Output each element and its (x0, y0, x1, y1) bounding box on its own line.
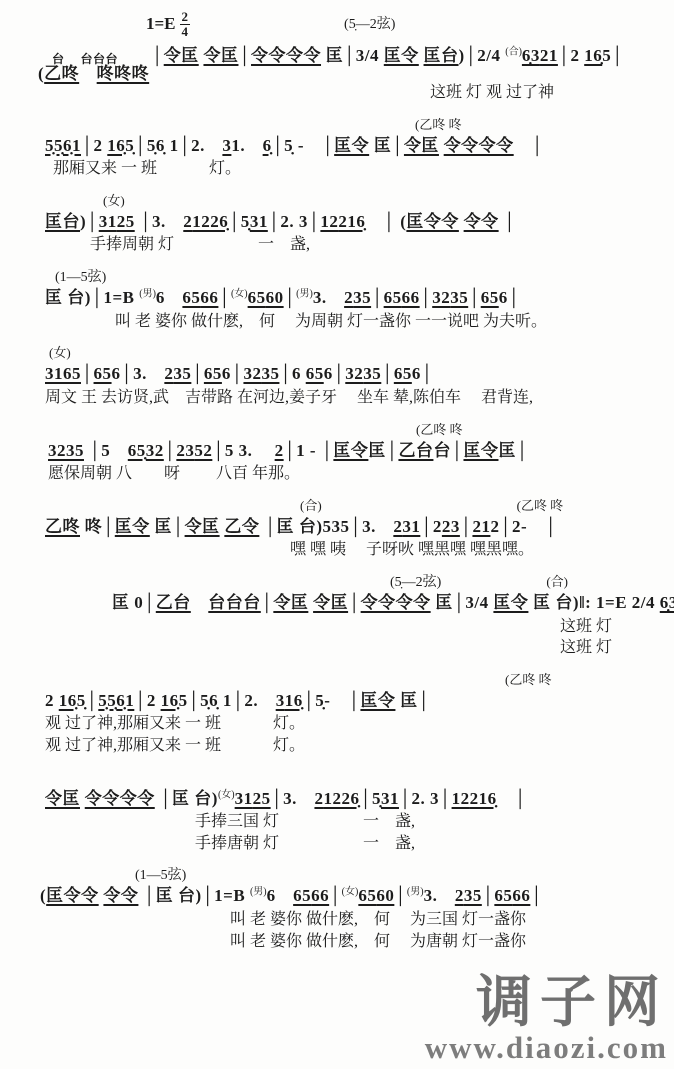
notation-line: 匡台)│3125 │3. 21226̣│5̣31│2. 3│12216̣ │ (… (45, 210, 674, 235)
lyrics-line: 叫 老 婆你 做什麽, 何 为唐朝 灯一盏你 (230, 931, 674, 953)
notation-line: 匡 0│乙台 台台台│令匡 令匡│令令令令 匡│3/4 匡令 匡 台)‖: 1=… (112, 591, 674, 616)
annotation-row: (1—5弦) (40, 868, 674, 884)
annotation-row: (乙咚 咚 (48, 423, 674, 439)
system-7: (合)(乙咚 咚 乙咚 咚│匡令 匡│令匡 乙令 │匡 台)535│3. 231… (45, 499, 674, 561)
lyrics-line: 这班 灯 (560, 616, 674, 638)
lyrics-line: 这班 灯 (560, 637, 674, 659)
notation-line: 3165│656│3. 235│656│3235│6 656│3235│656│ (45, 362, 674, 387)
key-signature: 1=E (146, 14, 176, 34)
time-signature-top: 2 (180, 10, 191, 25)
annotation-row: (女) (45, 346, 674, 362)
lyrics-line: 手捧周朝 灯 一 盏, (90, 234, 674, 256)
annotation-row: (合)(乙咚 咚 (45, 499, 674, 515)
system-10: 令匡 令令令令 │匡 台)(女)3125│3. 21226̣│5̣31│2. 3… (45, 771, 674, 855)
time-signature-bottom: 4 (180, 25, 191, 39)
time-signature: 24 (180, 10, 191, 38)
system-9: (乙咚 咚 2 16̣5̣│5̣5̣6̣1│2 16̣5│5̣6̣ 1│2. 3… (45, 673, 674, 757)
voice-annotation: (女) (103, 194, 125, 207)
notation-line: 匡 台)│1=B (男)6 6566│(女)6560│(男)3. 235│656… (45, 286, 674, 311)
annotation-row: (乙咚 咚 (45, 118, 674, 134)
ensemble-annotation: (合) (300, 499, 322, 512)
percussion-bottom-voice: (乙咚 咚咚咚 (38, 65, 149, 82)
tuning-annotation: (1—5弦) (135, 869, 186, 883)
ensemble-annotation: (合) (546, 575, 568, 588)
percussion-annotation: (乙咚 咚 (415, 118, 462, 131)
notation-line: 乙咚 咚│匡令 匡│令匡 乙令 │匡 台)535│3. 231│223│212│… (45, 515, 674, 540)
system-4: (1—5弦) 匡 台)│1=B (男)6 6566│(女)6560│(男)3. … (45, 270, 674, 332)
tuning-annotation: (1—5弦) (55, 271, 106, 285)
system-5: (女) 3165│656│3. 235│656│3235│6 656│3235│… (45, 346, 674, 408)
key-signature-row: 1=E24 (5̣—2弦) (38, 10, 674, 44)
voice-annotation: (女) (49, 346, 71, 359)
notation-text: │令匡 令匡│令令令令 匡│3/4 匡令 匡台)│2/4 (合)6̣321│2 … (151, 46, 624, 65)
notation-line: 3235 │5 65̣32│2352│5 3. 2│1 - │匡令匡│乙台台│匡… (48, 439, 674, 464)
lyrics-line: 叫 老 婆你 做什麽, 何 为周朝 灯一盏你 一一说吧 为夫听。 (115, 311, 674, 333)
tuning-annotation: (5̣—2弦) (344, 17, 395, 32)
lyrics-line: 叫 老 婆你 做什麽, 何 为三国 灯一盏你 (230, 909, 674, 931)
system-3: (女) 匡台)│3125 │3. 21226̣│5̣31│2. 3│12216̣… (45, 194, 674, 256)
annotation-row: (5̣—2弦)(合) (112, 575, 674, 591)
percussion-stack: 台 台台台(乙咚 咚咚咚 (38, 53, 149, 82)
score-page: 1=E24 (5̣—2弦) 台 台台台(乙咚 咚咚咚│令匡 令匡│令令令令 匡│… (0, 0, 674, 1069)
notation-line: 台 台台台(乙咚 咚咚咚│令匡 令匡│令令令令 匡│3/4 匡令 匡台)│2/4… (38, 44, 674, 82)
system-1: 1=E24 (5̣—2弦) 台 台台台(乙咚 咚咚咚│令匡 令匡│令令令令 匡│… (38, 10, 674, 104)
annotation-row (45, 771, 674, 787)
percussion-annotation: (乙咚 咚 (505, 673, 552, 686)
notation-line: (匡令令 令令 │匡 台)│1=B (男)6 6566│(女)6560│(男)3… (40, 884, 674, 909)
lyrics-line: 嘿 嘿 咦 子呀吙 嘿黑嘿 嘿黑嘿。 (290, 539, 674, 561)
lyrics-line: 观 过了神,那厢又来 一 班 灯。 (45, 713, 674, 735)
lyrics-line: 愿保周朝 八 呀 八百 年那。 (48, 463, 674, 485)
annotation-row: (女) (45, 194, 674, 210)
percussion-annotation: (乙咚 咚 (517, 499, 564, 512)
lyrics-line: 那厢又来 一 班 灯。 (53, 158, 674, 180)
tuning-annotation: (5̣—2弦) (390, 576, 441, 590)
watermark-url: www.diaozi.com (425, 1031, 668, 1065)
lyrics-line: 观 过了神,那厢又来 一 班 灯。 (45, 735, 674, 757)
system-2: (乙咚 咚 5̣5̣6̣1│2 16̣5̣│5̣6̣ 1│2. 31. 6̣│5… (45, 118, 674, 180)
notation-line: 令匡 令令令令 │匡 台)(女)3125│3. 21226̣│5̣31│2. 3… (45, 787, 674, 812)
watermark-title: 调子网 (425, 975, 668, 1031)
system-8: (5̣—2弦)(合) 匡 0│乙台 台台台│令匡 令匡│令令令令 匡│3/4 匡… (112, 575, 674, 659)
lyrics-line: 手捧三国 灯 一 盏, (195, 811, 674, 833)
system-11: (1—5弦) (匡令令 令令 │匡 台)│1=B (男)6 6566│(女)65… (40, 868, 674, 952)
lyrics-line: 周文 王 去访贤,武 吉带路 在河边,姜子牙 坐车 辇,陈伯车 君背连, (45, 387, 674, 409)
notation-line: 2 16̣5̣│5̣5̣6̣1│2 16̣5│5̣6̣ 1│2. 316̣│5̣… (45, 689, 674, 714)
system-6: (乙咚 咚 3235 │5 65̣32│2352│5 3. 2│1 - │匡令匡… (48, 423, 674, 485)
watermark: 调子网 www.diaozi.com (425, 975, 668, 1065)
annotation-row: (乙咚 咚 (45, 673, 674, 689)
annotation-row: (1—5弦) (45, 270, 674, 286)
percussion-annotation: (乙咚 咚 (416, 423, 463, 436)
lyrics-line: 手捧唐朝 灯 一 盏, (195, 833, 674, 855)
notation-line: 5̣5̣6̣1│2 16̣5̣│5̣6̣ 1│2. 31. 6̣│5̣ - │匡… (45, 134, 674, 159)
lyrics-line: 这班 灯 观 过了神 (430, 82, 674, 104)
